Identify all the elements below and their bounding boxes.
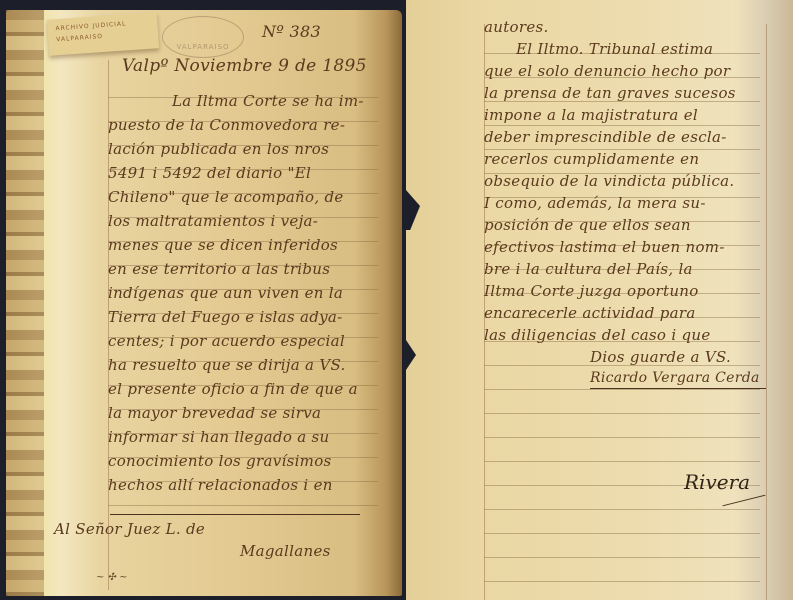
left-line: menes que se dicen inferidos	[108, 236, 338, 254]
left-page-separator-line	[110, 514, 360, 515]
right-line: bre i la cultura del País, la	[484, 260, 693, 278]
left-line: lación publicada en los nros	[108, 140, 329, 158]
label-strip-line-2: VALPARAISO	[56, 29, 158, 43]
left-line: Tierra del Fuego e islas adya-	[108, 308, 343, 326]
left-line: en ese territorio a las tribus	[108, 260, 330, 278]
left-line: conocimiento los gravísimos	[108, 452, 332, 470]
right-line: deber imprescindible de escla-	[484, 128, 727, 146]
left-line: 5491 i 5492 del diario "El	[108, 164, 311, 182]
left-line: ha resuelto que se dirija a VS.	[108, 356, 346, 374]
right-line: que el solo denuncio hecho por	[484, 62, 730, 80]
left-line: centes; i por acuerdo especial	[108, 332, 345, 350]
right-page-margin-line-right	[766, 24, 767, 600]
right-line: recerlos cumplidamente en	[484, 150, 699, 168]
bottom-flourish: ~ ✣ ~	[96, 572, 128, 583]
left-line: indígenas que aun viven en la	[108, 284, 343, 302]
right-line: obsequio de la vindicta pública.	[484, 172, 734, 190]
signer-underline	[590, 388, 766, 389]
second-signature: Rivera	[684, 470, 750, 494]
archive-label-strip: ARCHIVO JUDICIAL VALPARAISO	[47, 12, 159, 56]
left-line: La Iltma Corte se ha im-	[172, 92, 364, 110]
right-line: efectivos lastima el buen nom-	[484, 238, 725, 256]
right-line: posición de que ellos sean	[484, 216, 691, 234]
right-line: I como, además, la mera su-	[484, 194, 706, 212]
right-line: impone a la majistratura el	[484, 106, 698, 124]
left-line: puesto de la Conmovedora re-	[108, 116, 345, 134]
right-line: Iltma Corte juzga oportuno	[484, 282, 699, 300]
left-line: los maltratamientos i veja-	[108, 212, 318, 230]
right-line: autores.	[484, 18, 549, 36]
page-binding-threads	[6, 10, 44, 596]
left-line: la mayor brevedad se sirva	[108, 404, 321, 422]
addressee-line-2: Magallanes	[240, 542, 331, 560]
left-line: hechos allí relacionados i en	[108, 476, 333, 494]
stamp-text: VALPARAISO	[177, 43, 230, 51]
dateline: Valpº Noviembre 9 de 1895	[122, 56, 367, 76]
right-line: las diligencias del caso i que	[484, 326, 711, 344]
right-line: la prensa de tan graves sucesos	[484, 84, 736, 102]
right-line: El Iltmo. Tribunal estima	[516, 40, 713, 58]
document-number: Nº 383	[262, 22, 321, 41]
closing-line: Dios guarde a VS.	[590, 348, 731, 366]
valparaiso-stamp: VALPARAISO	[162, 16, 244, 58]
left-line: el presente oficio a fin de que a	[108, 380, 358, 398]
addressee-line-1: Al Señor Juez L. de	[54, 520, 205, 538]
right-line: encarecerle actividad para	[484, 304, 696, 322]
left-line: Chileno" que le acompaño, de	[108, 188, 344, 206]
left-line: informar si han llegado a su	[108, 428, 330, 446]
signer-signature: Ricardo Vergara Cerda	[590, 370, 760, 386]
